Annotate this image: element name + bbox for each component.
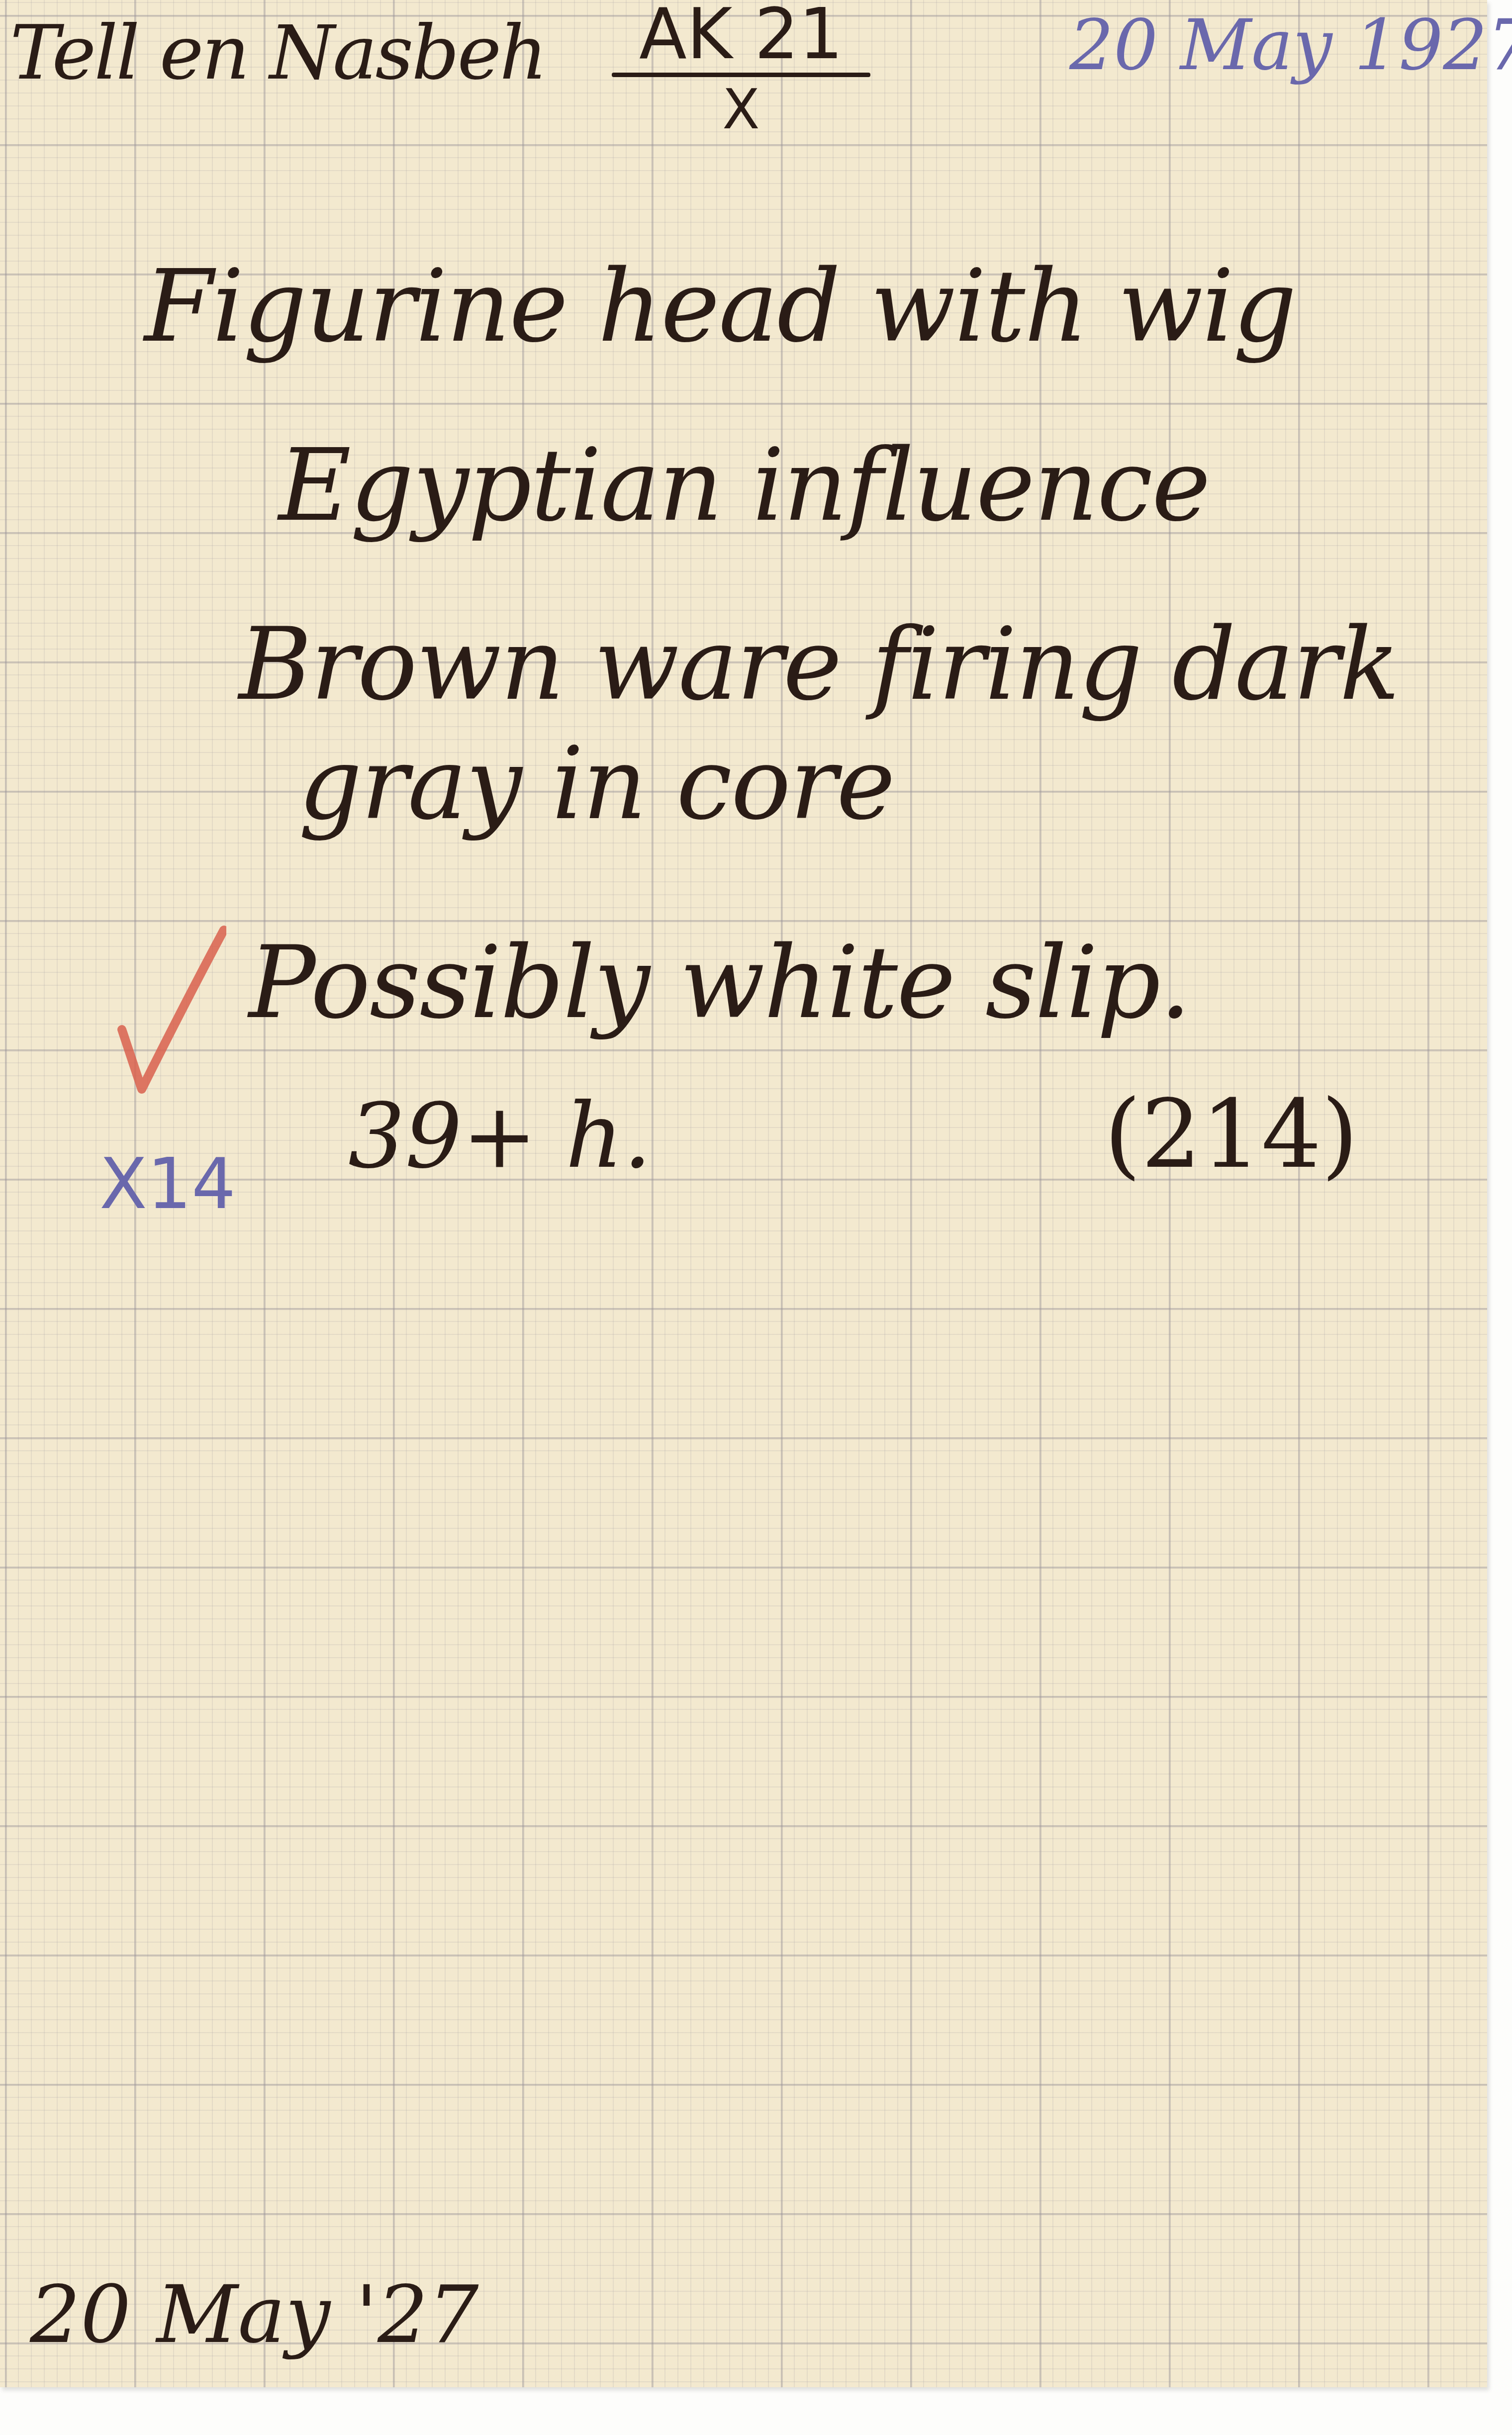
description-line-3: Brown ware firing dark	[239, 607, 1399, 723]
description-line-1: Figurine head with wig	[144, 249, 1296, 365]
measurement: 39+ h.	[348, 1084, 652, 1188]
reference-number: AK 21	[602, 0, 880, 70]
header-date: 20 May 1927	[1069, 5, 1512, 86]
site-name: Tell en Nasbeh	[10, 10, 546, 96]
description-line-5: Possibly white slip.	[249, 925, 1190, 1041]
catalog-card: Tell en Nasbeh AK 21 X 20 May 1927 Figur…	[0, 0, 1487, 2387]
catalog-number: (214)	[1104, 1079, 1358, 1189]
check-mark-icon	[107, 925, 226, 1104]
footer-date: 20 May '27	[30, 2268, 479, 2361]
margin-number: X14	[99, 1144, 236, 1225]
reference-denominator: X	[602, 82, 880, 137]
description-line-2: Egyptian influence	[279, 428, 1210, 544]
description-line-4: gray in core	[298, 726, 894, 842]
reference-fraction: AK 21 X	[602, 0, 880, 137]
